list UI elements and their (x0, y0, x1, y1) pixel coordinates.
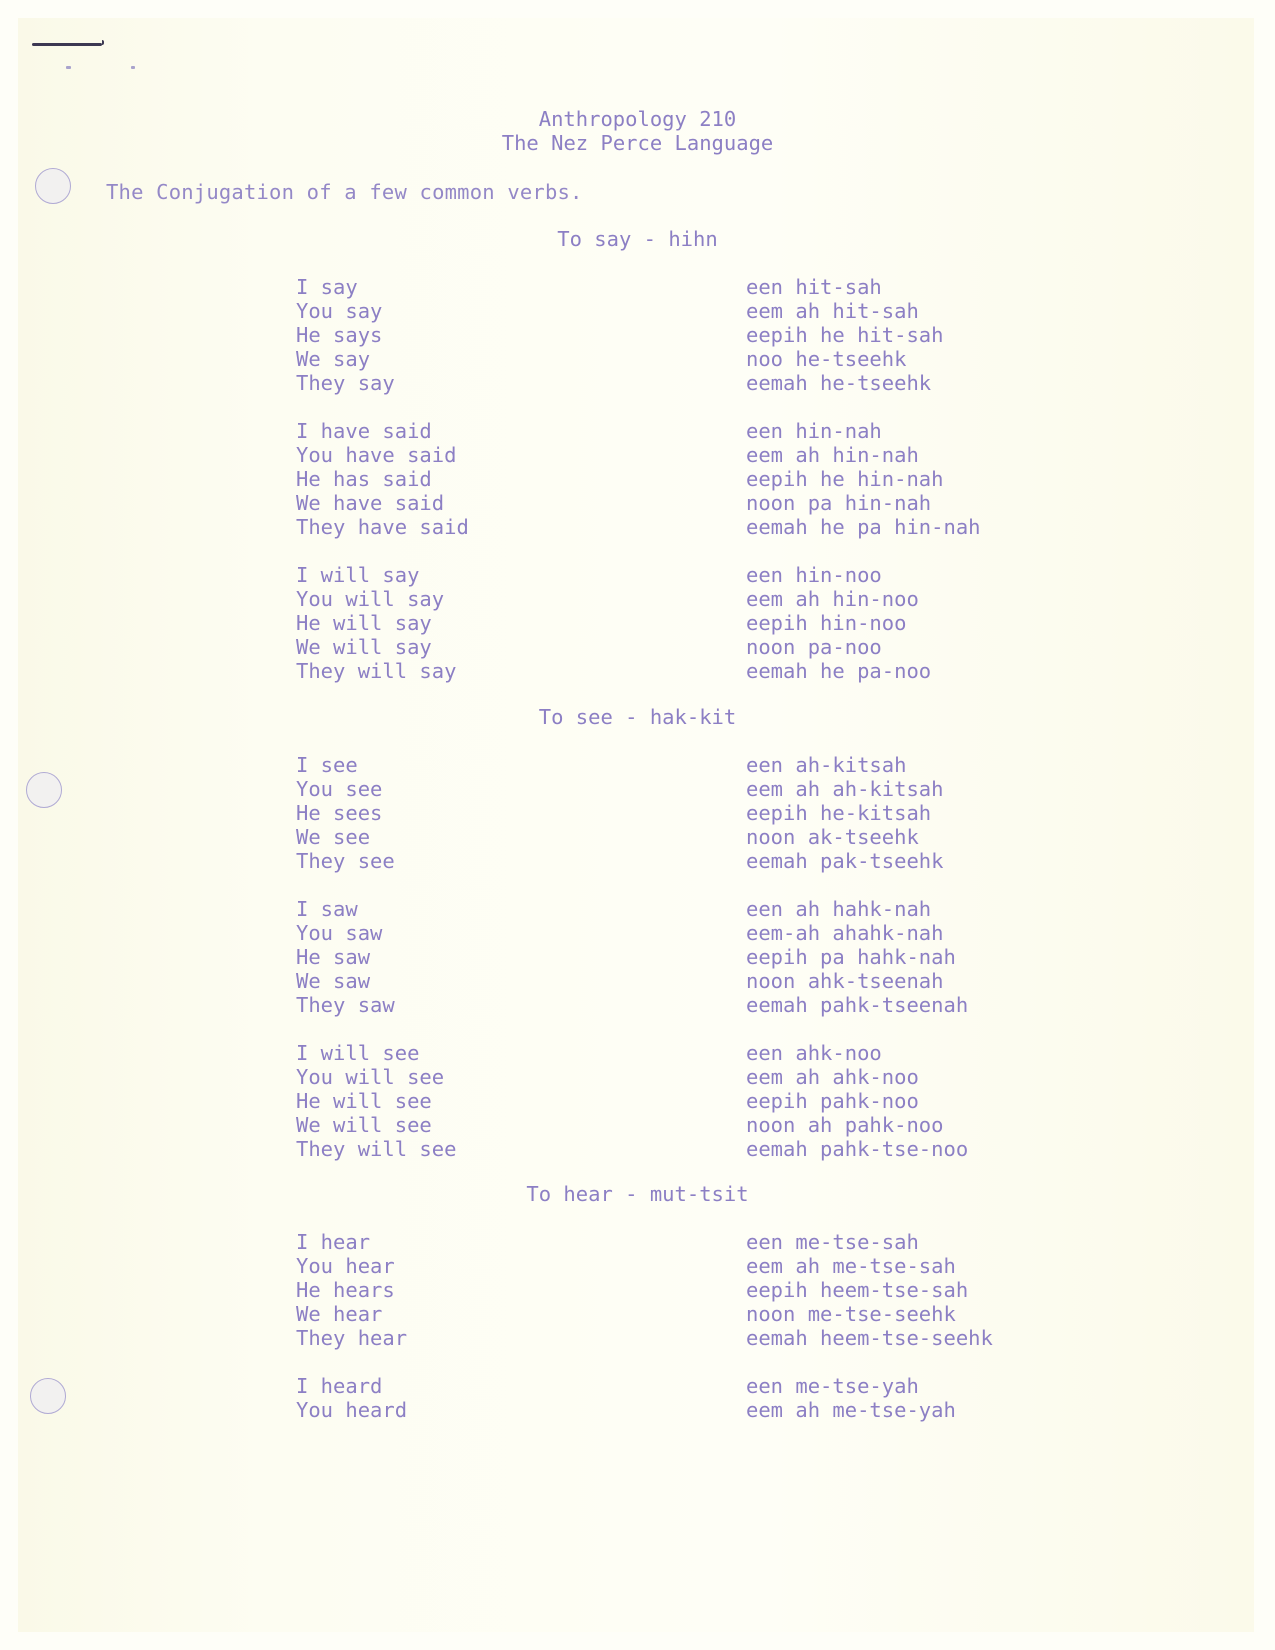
english-form: You have said (296, 443, 746, 467)
document-header: Anthropology 210 The Nez Perce Language (0, 107, 1275, 155)
verb-heading: To see - hak-kit (0, 705, 1275, 729)
conjugation-row: We hearnoon me-tse-seehk (296, 1302, 1016, 1326)
staple-mark (32, 43, 102, 46)
nez-perce-form: een ahk-noo (746, 1041, 882, 1065)
nez-perce-form: eepih hin-noo (746, 611, 906, 635)
english-form: You say (296, 299, 746, 323)
conjugation-row: We seenoon ak-tseehk (296, 825, 1016, 849)
conjugation-row: They seeeemah pak-tseehk (296, 849, 1016, 873)
english-form: They say (296, 371, 746, 395)
conjugation-row: I heardeen me-tse-yah (296, 1374, 1016, 1398)
nez-perce-form: noon ak-tseehk (746, 825, 919, 849)
conjugation-row: We will seenoon ah pahk-noo (296, 1113, 1016, 1137)
nez-perce-form: eem ah ah-kitsah (746, 777, 943, 801)
conjugation-row: You will seeeem ah ahk-noo (296, 1065, 1016, 1089)
tense-group: I will seeeen ahk-nooYou will seeeem ah … (296, 1041, 1016, 1161)
verb-heading: To hear - mut-tsit (0, 1182, 1275, 1206)
english-form: They have said (296, 515, 746, 539)
nez-perce-form: eepih he hit-sah (746, 323, 943, 347)
nez-perce-form: eemah he-tseehk (746, 371, 931, 395)
nez-perce-form: noon me-tse-seehk (746, 1302, 956, 1326)
english-form: They saw (296, 993, 746, 1017)
conjugation-row: You will sayeem ah hin-noo (296, 587, 1016, 611)
conjugation-row: We sawnoon ahk-tseenah (296, 969, 1016, 993)
english-form: I heard (296, 1374, 746, 1398)
nez-perce-form: eem ah hin-nah (746, 443, 919, 467)
nez-perce-form: eemah pahk-tse-noo (746, 1137, 968, 1161)
tense-group: I heareen me-tse-sahYou heareem ah me-ts… (296, 1230, 1016, 1350)
conjugation-row: They will seeeemah pahk-tse-noo (296, 1137, 1016, 1161)
conjugation-row: They heareemah heem-tse-seehk (296, 1326, 1016, 1350)
nez-perce-form: noon pa-noo (746, 635, 882, 659)
english-form: You heard (296, 1398, 746, 1422)
english-form: He hears (296, 1278, 746, 1302)
english-form: You saw (296, 921, 746, 945)
nez-perce-form: eemah he pa-noo (746, 659, 931, 683)
course-title: Anthropology 210 (0, 107, 1275, 131)
english-form: We hear (296, 1302, 746, 1326)
conjugation-row: He saweepih pa hahk-nah (296, 945, 1016, 969)
conjugation-row: You heareem ah me-tse-sah (296, 1254, 1016, 1278)
english-form: We will see (296, 1113, 746, 1137)
english-form: He has said (296, 467, 746, 491)
conjugation-row: They saweemah pahk-tseenah (296, 993, 1016, 1017)
english-form: We have said (296, 491, 746, 515)
english-form: He will say (296, 611, 746, 635)
nez-perce-form: een hin-nah (746, 419, 882, 443)
nez-perce-form: een me-tse-yah (746, 1374, 919, 1398)
english-form: We see (296, 825, 746, 849)
tense-group: I saween ah hahk-nahYou saweem-ah ahahk-… (296, 897, 1016, 1017)
english-form: I hear (296, 1230, 746, 1254)
conjugation-row: We will saynoon pa-noo (296, 635, 1016, 659)
punch-hole-top (35, 168, 71, 204)
conjugation-row: You seeeem ah ah-kitsah (296, 777, 1016, 801)
english-form: You will see (296, 1065, 746, 1089)
nez-perce-form: eemah pak-tseehk (746, 849, 943, 873)
conjugation-row: He will sayeepih hin-noo (296, 611, 1016, 635)
english-form: You hear (296, 1254, 746, 1278)
nez-perce-form: een hit-sah (746, 275, 882, 299)
english-form: He will see (296, 1089, 746, 1113)
tense-group: I seeeen ah-kitsahYou seeeem ah ah-kitsa… (296, 753, 1016, 873)
english-form: He saw (296, 945, 746, 969)
conjugation-row: You saweem-ah ahahk-nah (296, 921, 1016, 945)
english-form: I saw (296, 897, 746, 921)
nez-perce-form: noon ah pahk-noo (746, 1113, 943, 1137)
conjugation-row: He sayseepih he hit-sah (296, 323, 1016, 347)
nez-perce-form: eem ah me-tse-yah (746, 1398, 956, 1422)
nez-perce-form: noo he-tseehk (746, 347, 906, 371)
nez-perce-form: eem ah hit-sah (746, 299, 919, 323)
conjugation-row: We have saidnoon pa hin-nah (296, 491, 1016, 515)
nez-perce-form: eem ah hin-noo (746, 587, 919, 611)
english-form: They see (296, 849, 746, 873)
nez-perce-form: eemah he pa hin-nah (746, 515, 981, 539)
english-form: I have said (296, 419, 746, 443)
english-form: They hear (296, 1326, 746, 1350)
nez-perce-form: een ah-kitsah (746, 753, 906, 777)
english-form: He sees (296, 801, 746, 825)
conjugation-row: They sayeemah he-tseehk (296, 371, 1016, 395)
english-form: I will say (296, 563, 746, 587)
conjugation-row: I sayeen hit-sah (296, 275, 1016, 299)
nez-perce-form: eepih he hin-nah (746, 467, 943, 491)
nez-perce-form: eem ah ahk-noo (746, 1065, 919, 1089)
tense-group: I sayeen hit-sahYou sayeem ah hit-sahHe … (296, 275, 1016, 395)
conjugation-row: They have saideemah he pa hin-nah (296, 515, 1016, 539)
english-form: I say (296, 275, 746, 299)
ink-speck (66, 66, 71, 69)
english-form: We saw (296, 969, 746, 993)
subject-title: The Nez Perce Language (0, 131, 1275, 155)
conjugation-row: I heareen me-tse-sah (296, 1230, 1016, 1254)
conjugation-row: I have saideen hin-nah (296, 419, 1016, 443)
nez-perce-form: eepih pahk-noo (746, 1089, 919, 1113)
english-form: They will say (296, 659, 746, 683)
conjugation-row: He will seeeepih pahk-noo (296, 1089, 1016, 1113)
conjugation-row: He hearseepih heem-tse-sah (296, 1278, 1016, 1302)
nez-perce-form: eepih heem-tse-sah (746, 1278, 968, 1302)
punch-hole-middle (26, 772, 62, 808)
nez-perce-form: eem-ah ahahk-nah (746, 921, 943, 945)
conjugation-row: He has saideepih he hin-nah (296, 467, 1016, 491)
english-form: You will say (296, 587, 746, 611)
nez-perce-form: eepih pa hahk-nah (746, 945, 956, 969)
nez-perce-form: een ah hahk-nah (746, 897, 931, 921)
conjugation-row: You have saideem ah hin-nah (296, 443, 1016, 467)
english-form: They will see (296, 1137, 746, 1161)
tense-group: I will sayeen hin-nooYou will sayeem ah … (296, 563, 1016, 683)
tense-group: I have saideen hin-nahYou have saideem a… (296, 419, 1016, 539)
verb-heading: To say - hihn (0, 227, 1275, 251)
conjugation-row: You sayeem ah hit-sah (296, 299, 1016, 323)
conjugation-row: I will sayeen hin-noo (296, 563, 1016, 587)
english-form: We say (296, 347, 746, 371)
conjugation-row: You heardeem ah me-tse-yah (296, 1398, 1016, 1422)
english-form: I see (296, 753, 746, 777)
punch-hole-bottom (30, 1378, 66, 1414)
nez-perce-form: noon ahk-tseenah (746, 969, 943, 993)
nez-perce-form: een me-tse-sah (746, 1230, 919, 1254)
nez-perce-form: eepih he-kitsah (746, 801, 931, 825)
conjugation-row: We saynoo he-tseehk (296, 347, 1016, 371)
conjugation-row: They will sayeemah he pa-noo (296, 659, 1016, 683)
intro-text: The Conjugation of a few common verbs. (106, 180, 583, 204)
conjugation-row: I seeeen ah-kitsah (296, 753, 1016, 777)
nez-perce-form: eemah pahk-tseenah (746, 993, 968, 1017)
conjugation-row: He seeseepih he-kitsah (296, 801, 1016, 825)
conjugation-row: I saween ah hahk-nah (296, 897, 1016, 921)
english-form: He says (296, 323, 746, 347)
conjugation-row: I will seeeen ahk-noo (296, 1041, 1016, 1065)
nez-perce-form: eem ah me-tse-sah (746, 1254, 956, 1278)
nez-perce-form: een hin-noo (746, 563, 882, 587)
nez-perce-form: eemah heem-tse-seehk (746, 1326, 993, 1350)
tense-group: I heardeen me-tse-yahYou heardeem ah me-… (296, 1374, 1016, 1422)
nez-perce-form: noon pa hin-nah (746, 491, 931, 515)
english-form: I will see (296, 1041, 746, 1065)
english-form: We will say (296, 635, 746, 659)
ink-speck (131, 66, 135, 69)
english-form: You see (296, 777, 746, 801)
